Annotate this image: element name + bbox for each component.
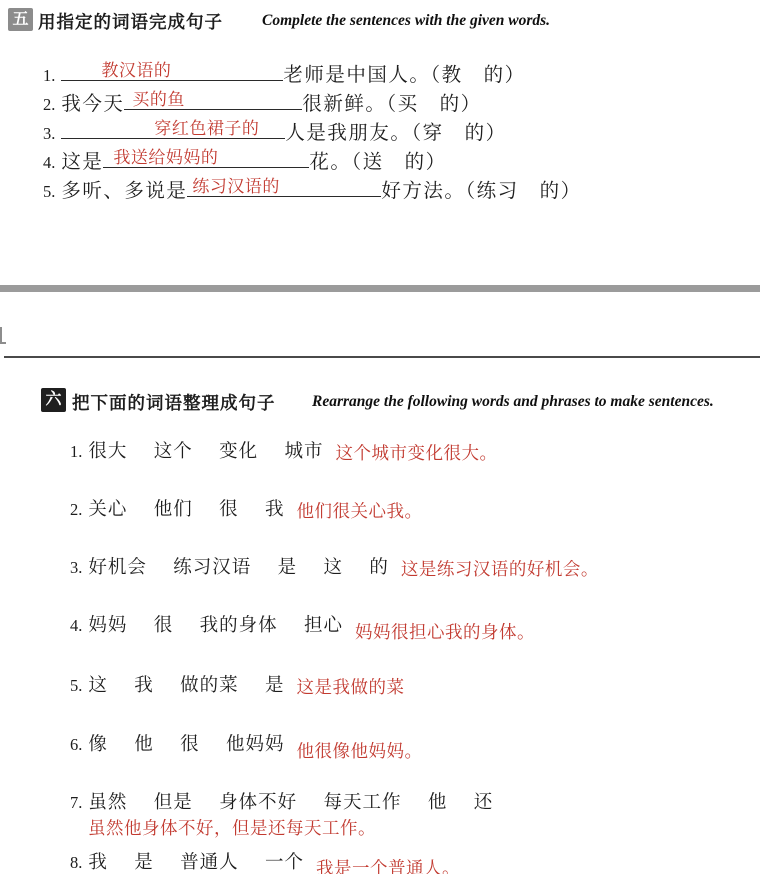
item-number: 3. xyxy=(70,558,82,577)
section6-number-badge: 六 xyxy=(41,388,66,412)
exercise6-row-7: 7.虽然 但是 身体不好 每天工作 他 还 xyxy=(70,788,493,814)
item-number: 4. xyxy=(70,616,82,635)
section5-title-english: Complete the sentences with the given wo… xyxy=(262,12,550,30)
item-number: 7. xyxy=(70,793,82,812)
handwritten-answer: 我送给妈妈的 xyxy=(113,143,218,168)
item-number: 6. xyxy=(70,735,82,754)
exercise6-row-5: 5.这 我 做的菜 是这是我做的菜 xyxy=(70,671,405,697)
page-scan-band xyxy=(0,285,760,292)
handwritten-answer: 练习汉语的 xyxy=(192,172,280,197)
exercise5-row-5: 5.多听、多说是练习汉语的好方法。（练习 的） xyxy=(43,175,582,203)
section6-title-chinese: 把下面的词语整理成句子 xyxy=(72,390,276,415)
scrambled-words: 好机会 练习汉语 是 这 的 xyxy=(88,557,389,578)
scrambled-words: 像 他 很 他妈妈 xyxy=(88,734,284,755)
scrambled-words: 妈妈 很 我的身体 担心 xyxy=(88,615,343,636)
section6-title-english: Rearrange the following words and phrase… xyxy=(312,393,714,411)
handwritten-answer: 教汉语的 xyxy=(101,56,171,81)
scrambled-words: 我 是 普通人 一个 xyxy=(88,852,304,873)
exercise6-row-6: 6.像 他 很 他妈妈他很像他妈妈。 xyxy=(70,730,423,756)
sentence-text: 多听、多说是 xyxy=(61,179,187,202)
handwritten-answer: 虽然他身体不好，但是还每天工作。 xyxy=(88,815,376,840)
item-number: 5. xyxy=(43,182,55,201)
sentence-text: 这是 xyxy=(61,150,103,173)
sentence-text: 老师是中国人。（教 的） xyxy=(283,63,525,86)
scrambled-words: 虽然 但是 身体不好 每天工作 他 还 xyxy=(88,792,493,813)
section5-number-badge: 五 xyxy=(8,8,33,31)
workbook-page: 五 用指定的词语完成句子 Complete the sentences with… xyxy=(0,0,760,874)
scrambled-words: 很大 这个 变化 城市 xyxy=(88,441,323,462)
sentence-text: 我今天 xyxy=(61,92,124,115)
exercise6-row-2: 2.关心 他们 很 我他们很关心我。 xyxy=(70,495,423,521)
sentence-text: 很新鲜。（买 的） xyxy=(302,92,481,115)
exercise6-row-1: 1.很大 这个 变化 城市这个城市变化很大。 xyxy=(70,437,498,463)
item-number: 1. xyxy=(43,66,55,85)
fill-blank: 练习汉语的 xyxy=(187,176,381,197)
scrambled-words: 关心 他们 很 我 xyxy=(88,499,284,520)
sentence-text: 好方法。（练习 的） xyxy=(381,179,581,202)
fill-blank: 我送给妈妈的 xyxy=(103,147,309,168)
fill-blank: 买的鱼 xyxy=(124,89,302,110)
exercise5-row-2: 2.我今天买的鱼很新鲜。（买 的） xyxy=(43,88,482,116)
item-number: 2. xyxy=(70,500,82,519)
exercise5-row-3: 3.穿红色裙子的人是我朋友。（穿 的） xyxy=(43,117,507,145)
exercise6-row-7-answer-line: 虽然他身体不好，但是还每天工作。 xyxy=(88,815,376,840)
fill-blank: 教汉语的 xyxy=(61,60,283,81)
handwritten-answer: 买的鱼 xyxy=(132,85,185,110)
scrambled-words: 这 我 做的菜 是 xyxy=(88,675,284,696)
item-number: 3. xyxy=(43,124,55,143)
handwritten-answer: 他们很关心我。 xyxy=(297,498,423,523)
item-number: 8. xyxy=(70,853,82,872)
section5-title-chinese: 用指定的词语完成句子 xyxy=(38,9,223,34)
exercise6-row-8: 8.我 是 普通人 一个我是一个普通人。 xyxy=(70,848,460,874)
item-number: 1. xyxy=(70,442,82,461)
item-number: 4. xyxy=(43,153,55,172)
fill-blank: 穿红色裙子的 xyxy=(61,118,285,139)
scan-edge-mark xyxy=(0,327,2,343)
handwritten-answer: 这个城市变化很大。 xyxy=(336,440,498,465)
exercise6-row-4: 4.妈妈 很 我的身体 担心妈妈很担心我的身体。 xyxy=(70,611,535,637)
handwritten-answer: 我是一个普通人。 xyxy=(316,855,460,874)
page-divider-line xyxy=(4,356,760,358)
item-number: 2. xyxy=(43,95,55,114)
handwritten-answer: 穿红色裙子的 xyxy=(154,114,259,139)
sentence-text: 花。（送 的） xyxy=(309,150,446,173)
exercise5-row-4: 4.这是我送给妈妈的花。（送 的） xyxy=(43,146,447,174)
exercise5-row-1: 1.教汉语的老师是中国人。（教 的） xyxy=(43,59,526,87)
handwritten-answer: 他很像他妈妈。 xyxy=(297,738,423,763)
handwritten-answer: 这是练习汉语的好机会。 xyxy=(401,556,599,581)
sentence-text: 人是我朋友。（穿 的） xyxy=(285,121,506,144)
item-number: 5. xyxy=(70,676,82,695)
scan-edge-mark xyxy=(0,342,6,344)
exercise6-row-3: 3.好机会 练习汉语 是 这 的这是练习汉语的好机会。 xyxy=(70,553,599,579)
handwritten-answer: 这是我做的菜 xyxy=(297,674,405,699)
handwritten-answer: 妈妈很担心我的身体。 xyxy=(355,619,535,644)
